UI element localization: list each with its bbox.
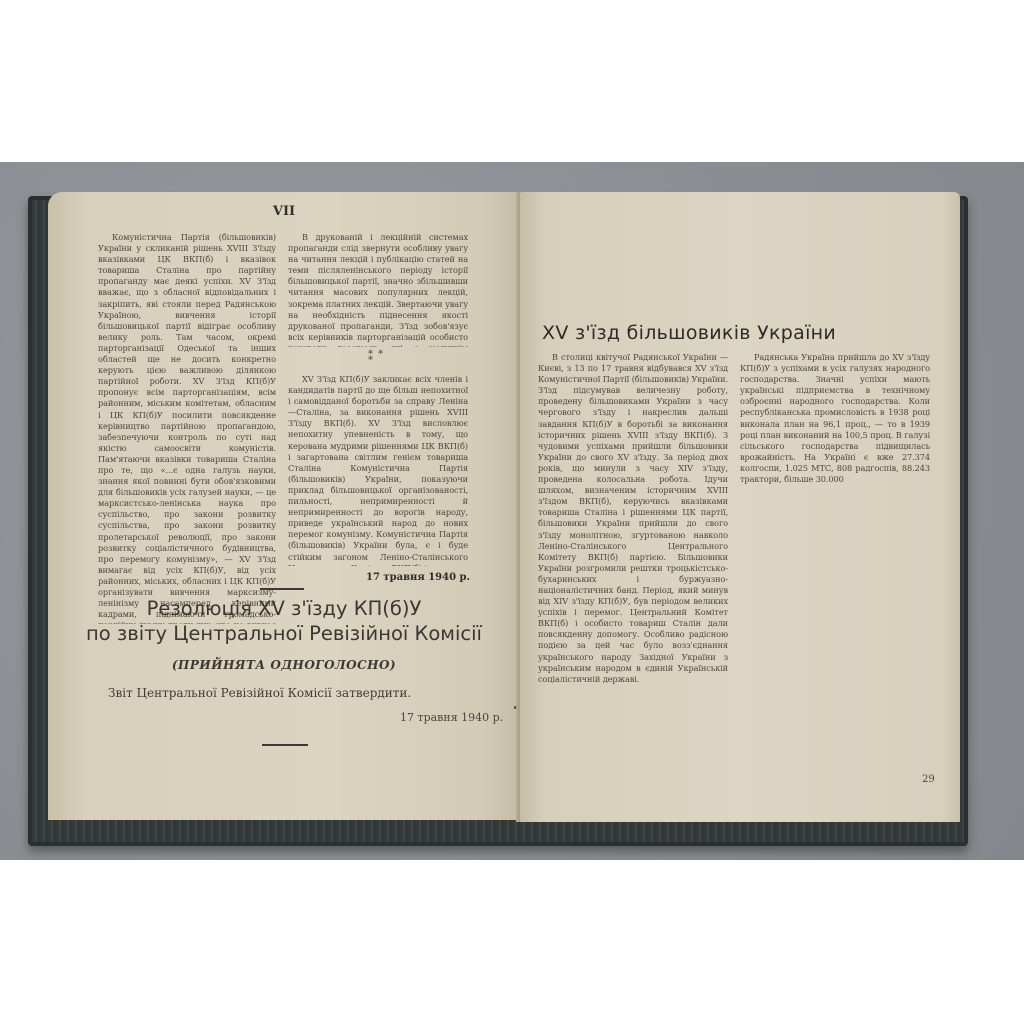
left-column-2b-text: XV З'їзд КП(б)У закликає всіх членів і к…	[288, 374, 468, 566]
right-column-2-text: Радянська Україна прийшла до XV з'їзду К…	[740, 352, 930, 485]
resolution-subtitle: (ПРИЙНЯТА ОДНОГОЛОСНО)	[48, 658, 520, 672]
resolution-title-line-2: по звіту Центральної Ревізійної Комісії	[48, 621, 520, 646]
section-stars: * * *	[368, 352, 384, 364]
left-column-1: Комуністична Партія (більшовиків) Україн…	[98, 232, 276, 624]
divider-rule-bottom	[262, 744, 308, 746]
right-column-1: В столиці квітучої Радянської України — …	[538, 352, 728, 812]
left-column-2: В друкованій і лекційній системах пропаг…	[288, 232, 468, 347]
divider-rule-top	[260, 588, 304, 590]
page-number-bottom: 29	[922, 774, 935, 785]
right-page: XV з'їзд більшовиків України В столиці к…	[520, 192, 960, 822]
left-column-2b: XV З'їзд КП(б)У закликає всіх членів і к…	[288, 374, 468, 566]
article-title: XV з'їзд більшовиків України	[542, 322, 836, 344]
left-column-1-text: Комуністична Партія (більшовиків) Україн…	[98, 232, 276, 624]
right-column-1-text: В столиці квітучої Радянської України — …	[538, 352, 728, 685]
right-column-2: Радянська Україна прийшла до XV з'їзду К…	[740, 352, 930, 802]
left-column-2-text: В друкованій і лекційній системах пропаг…	[288, 232, 468, 347]
signature-date: 17 травня 1940 р.	[366, 572, 470, 583]
resolution-title: Резолюція XV з'їзду КП(б)У по звіту Цент…	[48, 596, 520, 646]
resolution-title-line-1: Резолюція XV з'їзду КП(б)У	[48, 596, 520, 621]
page-number-top: VII	[48, 204, 520, 219]
resolution-date: 17 травня 1940 р.	[400, 711, 503, 724]
resolution-body: Звіт Центральної Ревізійної Комісії затв…	[108, 686, 411, 700]
left-page: VII Комуністична Партія (більшовиків) Ук…	[48, 192, 520, 820]
